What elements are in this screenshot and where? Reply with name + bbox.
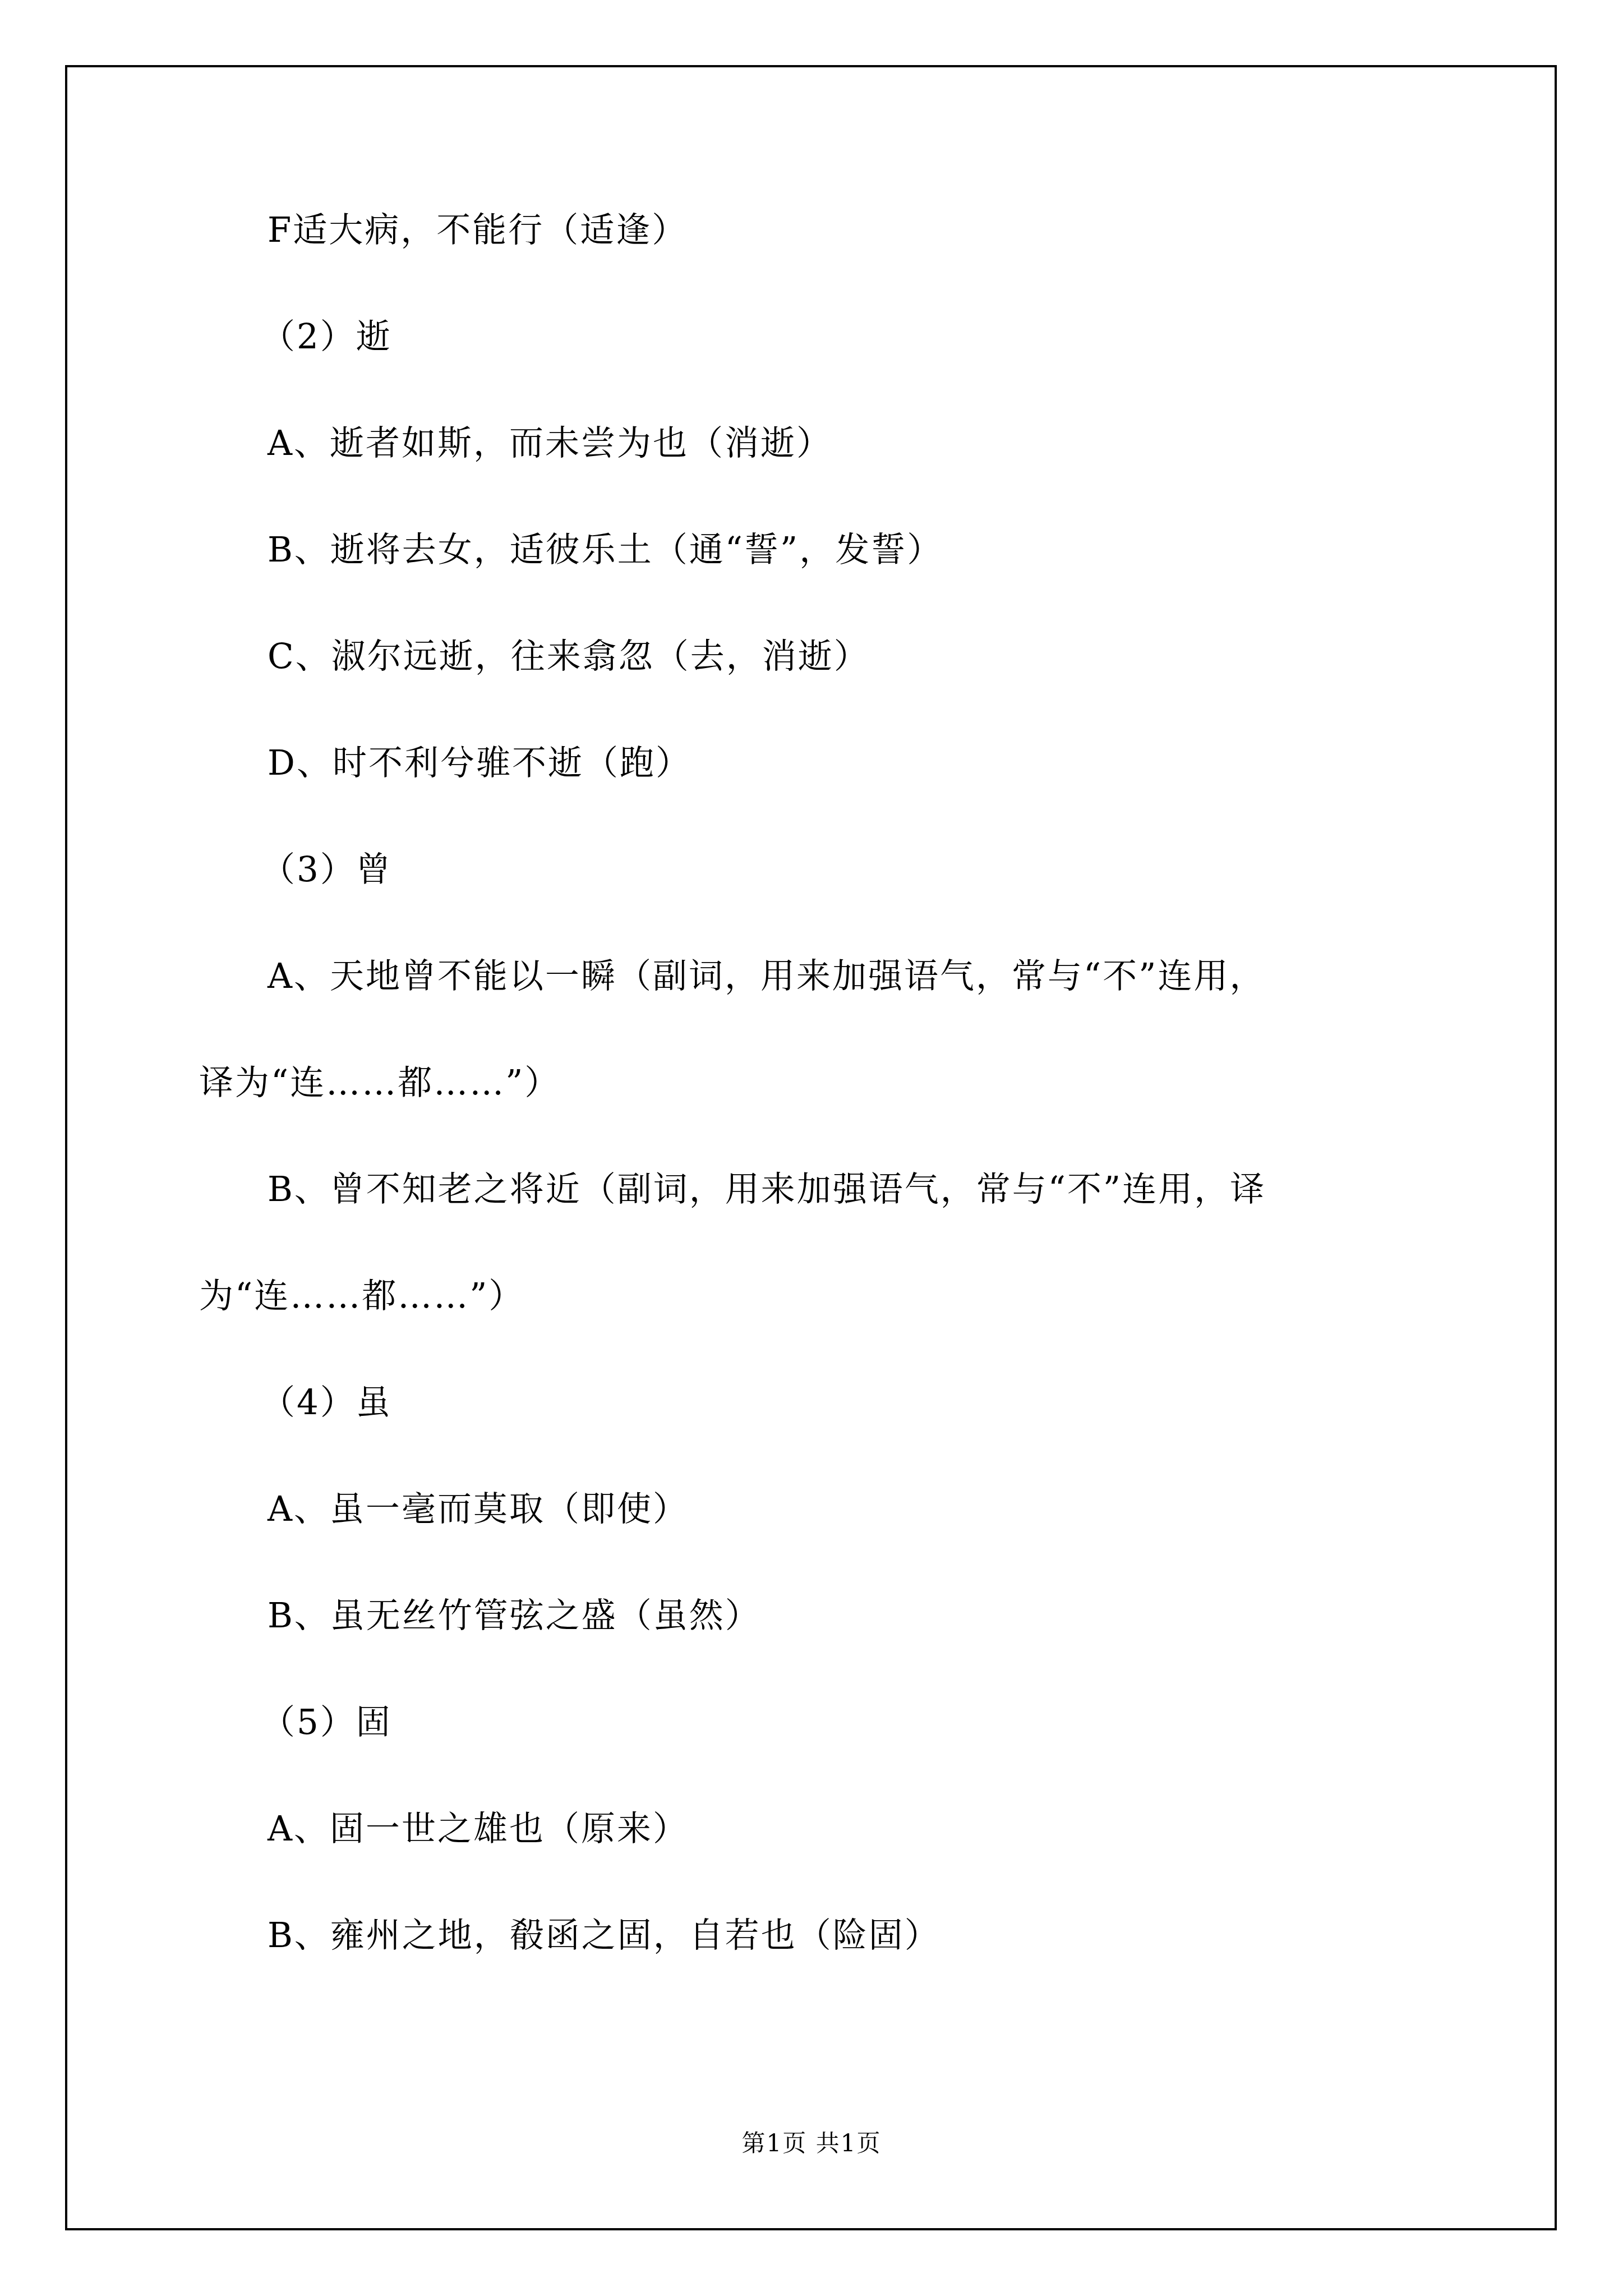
entry-4b: B、虽无丝竹管弦之盛（虽然） [199,1599,1489,1633]
entry-f-shi: F适大病，不能行（适逢） [199,213,1489,247]
entry-3b: B、曾不知老之将近（副词，用来加强语气，常与“不”连用，译 [199,1172,1489,1207]
entry-5a: A、固一世之雄也（原来） [199,1812,1489,1846]
heading-3-zeng: （3）曾 [199,853,1489,887]
entry-3a-continued: 译为“连……都……”） [199,1066,1489,1100]
heading-2-shi: （2）逝 [199,320,1489,354]
heading-5-gu: （5）固 [199,1705,1489,1740]
heading-4-sui: （4）虽 [199,1386,1489,1420]
entry-2c: C、淑尔远逝，往来翕忽（去，消逝） [199,639,1489,674]
entry-5b: B、雍州之地，殽函之固，自若也（险固） [199,1918,1489,1953]
entry-3b-continued: 为“连……都……”） [199,1279,1489,1313]
entry-3a: A、天地曾不能以一瞬（副词，用来加强语气，常与“不”连用， [199,959,1489,993]
entry-2b: B、逝将去女，适彼乐土（通“誓”，发誓） [199,533,1489,567]
entry-4a: A、虽一毫而莫取（即使） [199,1492,1489,1526]
page-number-footer: 第1页 共1页 [0,2132,1623,2155]
document-body: F适大病，不能行（适逢） （2）逝 A、逝者如斯，而未尝为也（消逝） B、逝将去… [199,213,1489,2025]
entry-2d: D、时不利兮骓不逝（跑） [199,746,1489,780]
entry-2a: A、逝者如斯，而未尝为也（消逝） [199,426,1489,461]
